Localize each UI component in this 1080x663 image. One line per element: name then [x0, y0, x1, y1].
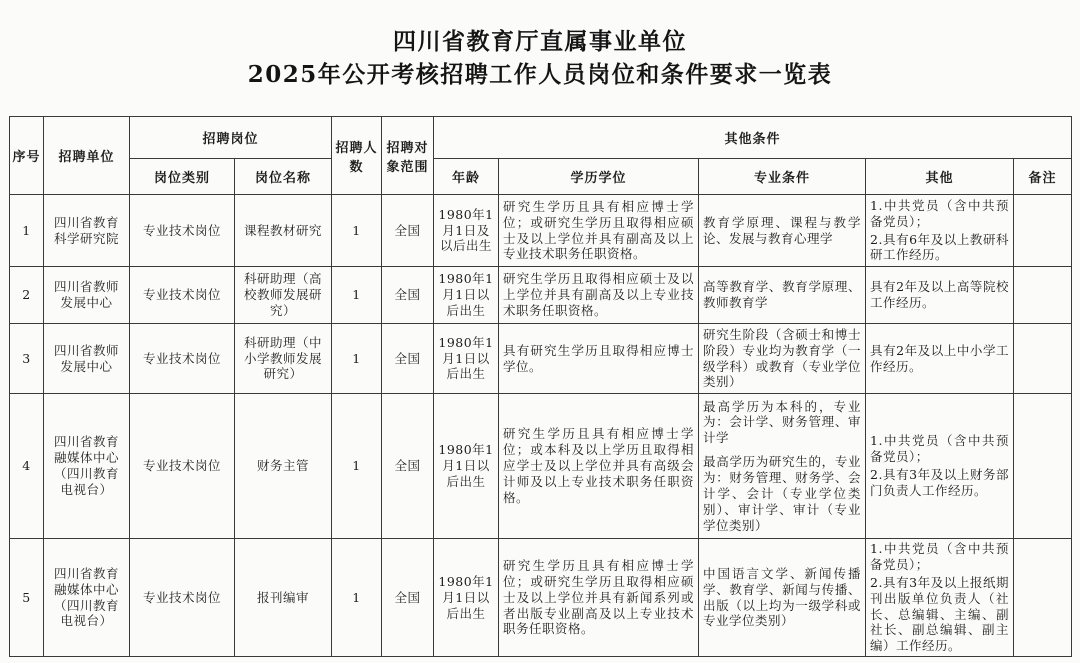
cell-position-category: 专业技术岗位	[130, 267, 235, 324]
cell-age: 1980年1月1日以后出生	[434, 539, 499, 657]
cell-major: 教育学原理、课程与教学论、发展与教育心理学	[699, 195, 866, 267]
document-page: 四川省教育厅直属事业单位 2025年公开考核招聘工作人员岗位和条件要求一览表 序…	[0, 0, 1080, 663]
header-remarks: 备注	[1014, 159, 1072, 195]
cell-remarks	[1014, 324, 1072, 394]
cell-paragraph: 1.中共党员（含中共预备党员）；	[870, 198, 1009, 230]
table-header: 序号 招聘单位 招聘岗位 招聘人数 招聘对象范围 其他条件 岗位类别 岗位名称 …	[10, 117, 1072, 195]
cell-paragraph: 高等教育学、教育学原理、教师教育学	[703, 279, 861, 311]
cell-target-scope: 全国	[382, 195, 434, 267]
cell-major: 中国语言文学、新闻传播学、教育学、新闻与传播、出版（以上均为一级学科或专业学位类…	[699, 539, 866, 657]
cell-education: 研究生学历且具有相应博士学位；或研究生学历且取得相应硕士及以上学位并具有新闻系列…	[499, 539, 699, 657]
cell-serial: 3	[10, 324, 44, 394]
header-other-conditions-group: 其他条件	[434, 117, 1072, 159]
cell-age: 1980年1月1日以后出生	[434, 324, 499, 394]
cell-unit: 四川省教师发展中心	[44, 324, 130, 394]
header-headcount: 招聘人数	[332, 117, 382, 195]
cell-target-scope: 全国	[382, 324, 434, 394]
cell-unit: 四川省教育融媒体中心（四川教育电视台）	[44, 539, 130, 657]
cell-paragraph: 最高学历为研究生的，专业为：财务管理、财务学、会计学、会计（专业学位类别）、审计…	[703, 454, 861, 533]
cell-headcount: 1	[332, 394, 382, 539]
cell-paragraph: 2.具有6年及以上教研科研工作经历。	[870, 232, 1009, 264]
table-row: 3 四川省教师发展中心 专业技术岗位 科研助理（中小学教师发展研究） 1 全国 …	[10, 324, 1072, 394]
cell-serial: 4	[10, 394, 44, 539]
cell-paragraph: 1.中共党员（含中共预备党员）；	[870, 433, 1009, 465]
cell-unit: 四川省教育科学研究院	[44, 195, 130, 267]
header-other: 其他	[866, 159, 1014, 195]
cell-other: 具有2年及以上中小学工作经历。	[866, 324, 1014, 394]
cell-paragraph: 研究生阶段（含硕士和博士阶段）专业均为教育学（一级学科）或教育（专业学位类别）	[703, 327, 861, 391]
cell-paragraph: 2.具有3年及以上财务部门负责人工作经历。	[870, 467, 1009, 499]
table-row: 2 四川省教师发展中心 专业技术岗位 科研助理（高校教师发展研究） 1 全国 1…	[10, 267, 1072, 324]
cell-paragraph: 1.中共党员（含中共预备党员）；	[870, 541, 1009, 573]
cell-other: 1.中共党员（含中共预备党员）；2.具有3年及以上报纸期刊出版单位负责人（社长、…	[866, 539, 1014, 657]
recruitment-table: 序号 招聘单位 招聘岗位 招聘人数 招聘对象范围 其他条件 岗位类别 岗位名称 …	[9, 116, 1072, 657]
cell-other: 1.中共党员（含中共预备党员）；2.具有3年及以上财务部门负责人工作经历。	[866, 394, 1014, 539]
cell-other: 1.中共党员（含中共预备党员）；2.具有6年及以上教研科研工作经历。	[866, 195, 1014, 267]
cell-position-name: 课程教材研究	[235, 195, 332, 267]
page-title-line2: 2025年公开考核招聘工作人员岗位和条件要求一览表	[0, 58, 1080, 91]
cell-headcount: 1	[332, 195, 382, 267]
cell-age: 1980年1月1日以后出生	[434, 394, 499, 539]
cell-position-name: 科研助理（中小学教师发展研究）	[235, 324, 332, 394]
cell-position-category: 专业技术岗位	[130, 195, 235, 267]
cell-headcount: 1	[332, 267, 382, 324]
cell-age: 1980年1月1日及以后出生	[434, 195, 499, 267]
cell-serial: 2	[10, 267, 44, 324]
cell-remarks	[1014, 195, 1072, 267]
cell-paragraph: 具有2年及以上高等院校工作经历。	[870, 279, 1009, 311]
header-position-category: 岗位类别	[130, 159, 235, 195]
cell-age: 1980年1月1日以后出生	[434, 267, 499, 324]
header-age: 年龄	[434, 159, 499, 195]
table-row: 5 四川省教育融媒体中心（四川教育电视台） 专业技术岗位 报刊编审 1 全国 1…	[10, 539, 1072, 657]
page-title: 四川省教育厅直属事业单位 2025年公开考核招聘工作人员岗位和条件要求一览表	[0, 0, 1080, 91]
header-unit: 招聘单位	[44, 117, 130, 195]
page-title-line1: 四川省教育厅直属事业单位	[0, 25, 1080, 58]
cell-headcount: 1	[332, 539, 382, 657]
header-major: 专业条件	[699, 159, 866, 195]
header-row-2: 岗位类别 岗位名称 年龄 学历学位 专业条件 其他 备注	[10, 159, 1072, 195]
cell-paragraph: 中国语言文学、新闻传播学、教育学、新闻与传播、出版（以上均为一级学科或专业学位类…	[703, 566, 861, 630]
table-row: 4 四川省教育融媒体中心（四川教育电视台） 专业技术岗位 财务主管 1 全国 1…	[10, 394, 1072, 539]
cell-position-category: 专业技术岗位	[130, 394, 235, 539]
cell-paragraph: 具有2年及以上中小学工作经历。	[870, 343, 1009, 375]
cell-position-category: 专业技术岗位	[130, 324, 235, 394]
cell-position-name: 报刊编审	[235, 539, 332, 657]
cell-remarks	[1014, 267, 1072, 324]
cell-unit: 四川省教育融媒体中心（四川教育电视台）	[44, 394, 130, 539]
cell-paragraph: 2.具有3年及以上报纸期刊出版单位负责人（社长、总编辑、主编、副社长、副总编辑、…	[870, 575, 1009, 654]
cell-major: 高等教育学、教育学原理、教师教育学	[699, 267, 866, 324]
cell-paragraph: 教育学原理、课程与教学论、发展与教育心理学	[703, 215, 861, 247]
header-serial: 序号	[10, 117, 44, 195]
cell-serial: 1	[10, 195, 44, 267]
cell-position-category: 专业技术岗位	[130, 539, 235, 657]
header-target-scope: 招聘对象范围	[382, 117, 434, 195]
cell-education: 研究生学历且具有相应博士学位；或本科及以上学历且取得相应学士及以上学位并具有高级…	[499, 394, 699, 539]
cell-target-scope: 全国	[382, 394, 434, 539]
cell-unit: 四川省教师发展中心	[44, 267, 130, 324]
cell-remarks	[1014, 394, 1072, 539]
header-position-name: 岗位名称	[235, 159, 332, 195]
cell-remarks	[1014, 539, 1072, 657]
cell-education: 具有研究生学历且取得相应博士学位。	[499, 324, 699, 394]
cell-other: 具有2年及以上高等院校工作经历。	[866, 267, 1014, 324]
cell-education: 研究生学历且取得相应硕士及以上学位并具有副高及以上专业技术职务任职资格。	[499, 267, 699, 324]
cell-position-name: 科研助理（高校教师发展研究）	[235, 267, 332, 324]
cell-education: 研究生学历且具有相应博士学位；或研究生学历且取得相应硕士及以上学位并具有副高及以…	[499, 195, 699, 267]
table-row: 1 四川省教育科学研究院 专业技术岗位 课程教材研究 1 全国 1980年1月1…	[10, 195, 1072, 267]
table-body: 1 四川省教育科学研究院 专业技术岗位 课程教材研究 1 全国 1980年1月1…	[10, 195, 1072, 657]
cell-major: 最高学历为本科的，专业为：会计学、财务管理、审计学最高学历为研究生的，专业为：财…	[699, 394, 866, 539]
cell-target-scope: 全国	[382, 267, 434, 324]
header-row-1: 序号 招聘单位 招聘岗位 招聘人数 招聘对象范围 其他条件	[10, 117, 1072, 159]
cell-headcount: 1	[332, 324, 382, 394]
cell-serial: 5	[10, 539, 44, 657]
header-position-group: 招聘岗位	[130, 117, 332, 159]
header-education: 学历学位	[499, 159, 699, 195]
cell-paragraph: 最高学历为本科的，专业为：会计学、财务管理、审计学	[703, 399, 861, 447]
cell-target-scope: 全国	[382, 539, 434, 657]
cell-major: 研究生阶段（含硕士和博士阶段）专业均为教育学（一级学科）或教育（专业学位类别）	[699, 324, 866, 394]
cell-position-name: 财务主管	[235, 394, 332, 539]
